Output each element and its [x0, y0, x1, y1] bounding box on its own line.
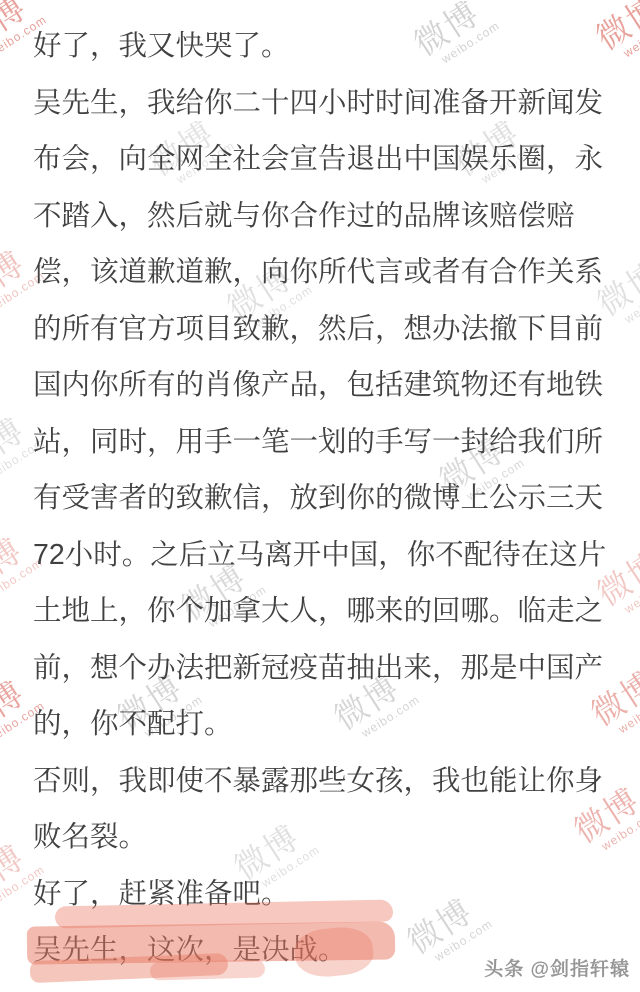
- weibo-watermark-url: weibo.com: [621, 13, 640, 59]
- post-text-line: 否则，我即使不暴露那些女孩，我也能让你身: [33, 753, 618, 810]
- post-text-line: 偿，该道歉道歉，向你所代言或者有合作关系: [33, 244, 618, 301]
- post-text-line: 不踏入，然后就与你合作过的品牌该赔偿赔: [33, 188, 618, 245]
- weibo-post-screenshot: 微博weibo.com微博weibo.com微博weibo.com微博weibo…: [0, 0, 640, 992]
- weibo-watermark-url: weibo.com: [622, 279, 640, 325]
- weibo-watermark-logo: 微博: [0, 527, 37, 598]
- post-text-line: 站，同时，用手一笔一划的手写一封给我们所: [33, 414, 618, 471]
- toutiao-credit-watermark: 头条 @剑指轩辕: [484, 954, 630, 981]
- post-text-line: 的所有官方项目致歉，然后，想办法撤下目前: [33, 301, 618, 358]
- post-text-line: 国内你所有的肖像产品，包括建筑物还有地铁: [33, 357, 618, 414]
- post-text-line: 布会，向全网全社会宣告退出中国娱乐圈，永: [33, 131, 618, 188]
- post-text-line: 好了，我又快哭了。: [33, 18, 618, 75]
- post-text-line: 前，想个办法把新冠疫苗抽出来，那是中国产: [33, 640, 618, 697]
- post-text: 好了，我又快哭了。吴先生，我给你二十四小时时间准备开新闻发布会，向全网全社会宣告…: [33, 18, 618, 979]
- post-text-line: 的，你不配打。: [33, 696, 618, 753]
- post-text-line: 吴先生，我给你二十四小时时间准备开新闻发: [33, 75, 618, 132]
- post-text-line: 土地上，你个加拿大人，哪来的回哪。临走之: [33, 583, 618, 640]
- weibo-watermark-url: weibo.com: [622, 569, 640, 615]
- post-text-line: 72小时。之后立马离开中国，你不配待在这片: [33, 527, 618, 584]
- weibo-watermark-url: weibo.com: [616, 689, 640, 735]
- post-text-line: 败名裂。: [33, 809, 618, 866]
- post-text-line: 有受害者的致歉信，放到你的微博上公示三天: [33, 470, 618, 527]
- post-text-line: 好了，赶紧准备吧。: [33, 866, 618, 923]
